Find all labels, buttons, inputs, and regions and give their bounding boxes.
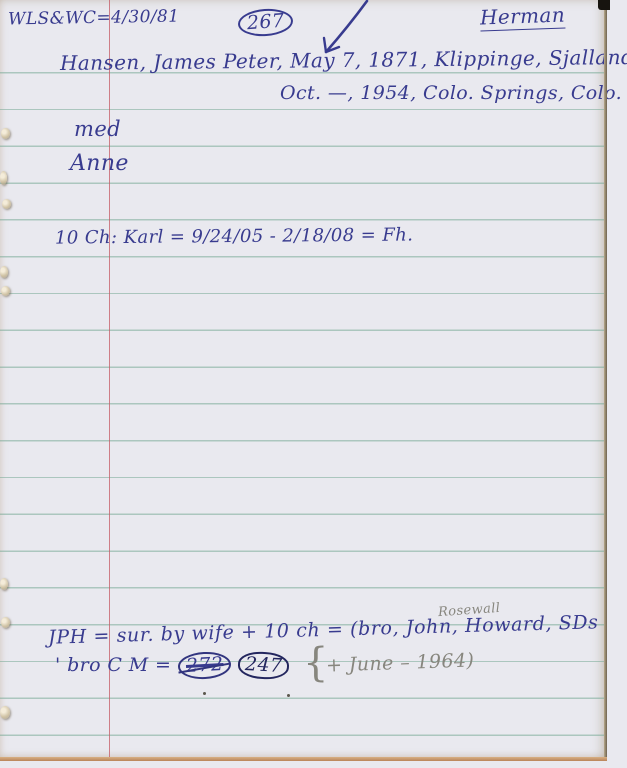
paper-speck bbox=[203, 692, 206, 695]
entry-line-2: Oct. —, 1954, Colo. Springs, Colo. CS bbox=[280, 82, 627, 104]
torn-edge-mark bbox=[1, 286, 10, 296]
pencil-brace: { bbox=[303, 640, 328, 686]
date-stamp-note: WLS&WC=4/30/81 bbox=[8, 7, 180, 30]
brother-note: ' bro C M = bbox=[55, 654, 171, 676]
page-bottom-edge bbox=[0, 757, 607, 761]
pencil-date-note: + June – 1964) bbox=[326, 649, 475, 676]
page-number-circled: 267 bbox=[237, 7, 294, 38]
notebook-page: WLS&WC=4/30/81 267 Herman Hansen, James … bbox=[0, 0, 607, 761]
herman-label: Herman bbox=[480, 3, 566, 32]
married-word: med bbox=[74, 117, 121, 141]
entry-line-1: Hansen, James Peter, May 7, 1871, Klippi… bbox=[60, 45, 627, 75]
page-right-edge bbox=[604, 0, 607, 761]
old-page-number: 272 bbox=[177, 651, 232, 681]
spouse-name: Anne bbox=[70, 151, 129, 176]
scanned-notebook-page: WLS&WC=4/30/81 267 Herman Hansen, James … bbox=[0, 0, 627, 768]
children-note: 10 Ch: Karl = 9/24/05 - 2/18/08 = Fh. bbox=[55, 224, 413, 248]
torn-edge-mark bbox=[2, 199, 11, 209]
torn-edge-mark bbox=[1, 128, 10, 139]
torn-edge-mark bbox=[0, 266, 8, 278]
paper-speck bbox=[287, 694, 290, 697]
torn-edge-mark bbox=[0, 171, 7, 185]
new-page-number: 247 bbox=[237, 651, 290, 681]
torn-edge-mark bbox=[0, 706, 10, 719]
scan-corner-artifact bbox=[598, 0, 610, 10]
torn-edge-mark bbox=[0, 578, 8, 590]
torn-edge-mark bbox=[1, 617, 10, 628]
